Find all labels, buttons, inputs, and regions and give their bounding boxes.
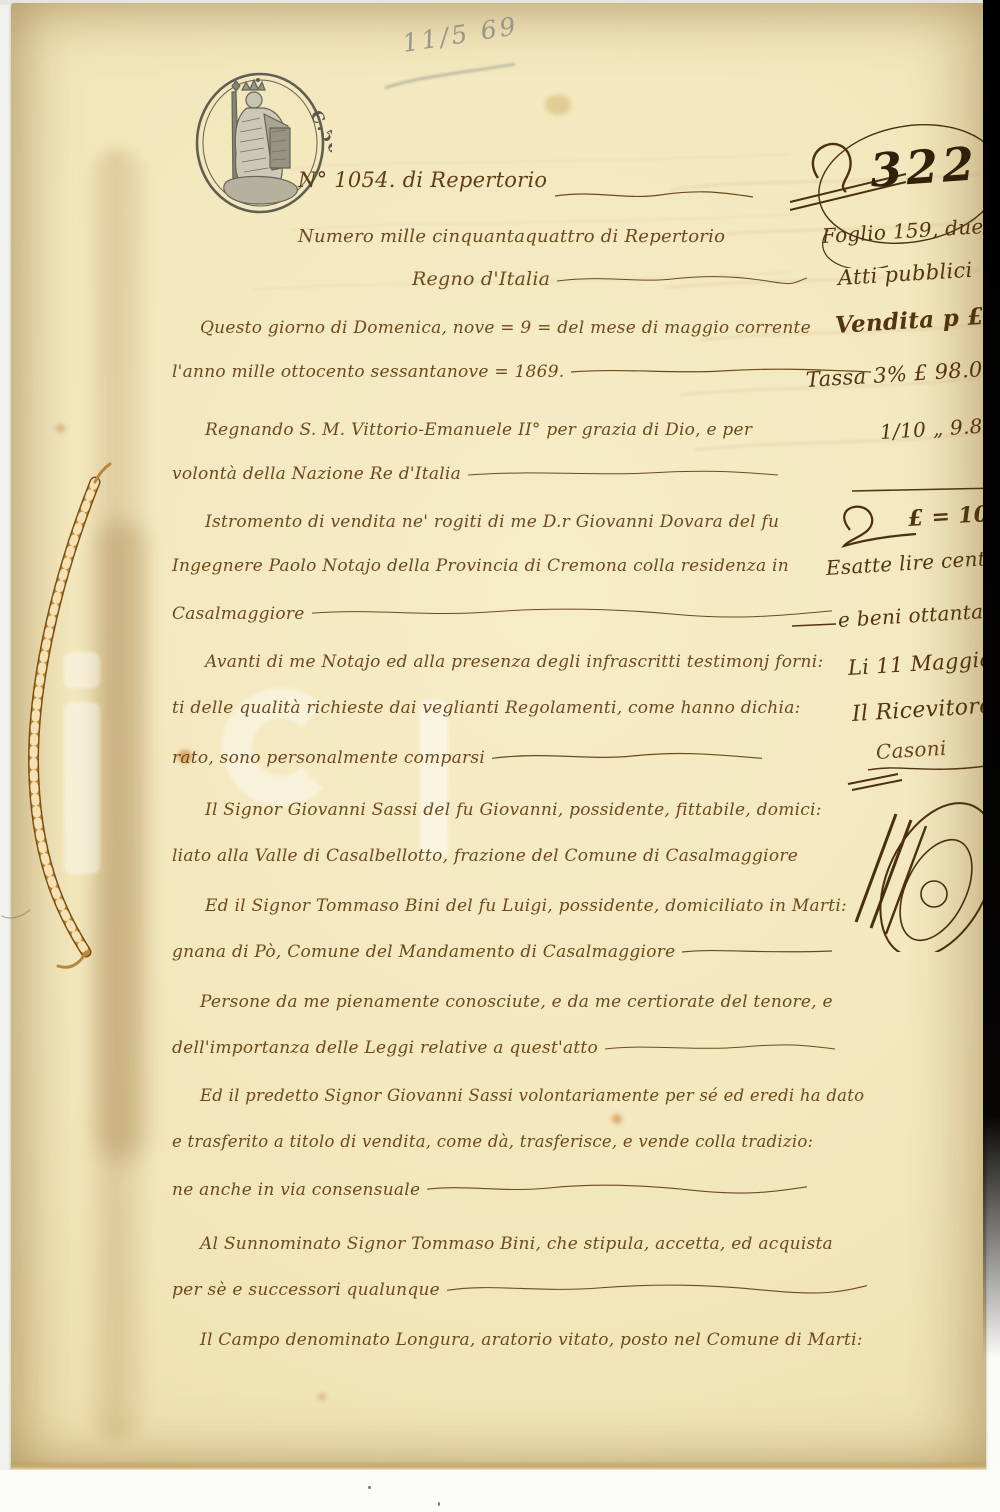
manuscript-line: Persone da me pienamente conosciute, e d…	[200, 992, 833, 1012]
manuscript-line: ti delle qualità richieste dai veglianti…	[172, 698, 801, 718]
watermark-letter-partial	[420, 700, 448, 860]
manuscript-line: dell'importanza delle Leggi relative a q…	[172, 1038, 835, 1058]
line-text: l'anno mille ottocento sessantanove = 18…	[172, 362, 564, 382]
scanner-background-bottom	[0, 1470, 1000, 1512]
ink-speck	[368, 1486, 371, 1489]
foxing-spot	[56, 424, 65, 433]
manuscript-line: Il Signor Giovanni Sassi del fu Giovanni…	[205, 800, 822, 820]
seated-figure	[224, 80, 298, 204]
scanned-document: C.50 11/5 69 N° 1054. di Repertorio 322 …	[0, 0, 1000, 1512]
manuscript-line: ne anche in via consensuale	[172, 1180, 807, 1200]
flourish-underline	[555, 188, 755, 204]
stamp-denomination: C.50	[306, 107, 332, 159]
manuscript-line: liato alla Valle di Casalbellotto, frazi…	[172, 846, 798, 866]
ink-speck	[438, 1502, 440, 1506]
manuscript-line: per sè e successori qualunque	[172, 1280, 867, 1300]
flourish-underline	[468, 467, 778, 479]
manuscript-line: e trasferito a titolo di vendita, come d…	[172, 1132, 813, 1151]
margin-signature: Casoni	[875, 736, 947, 764]
revenue-stamp: C.50	[192, 70, 332, 220]
line-text: dell'importanza delle Leggi relative a q…	[172, 1038, 598, 1058]
flourish-underline	[447, 1281, 867, 1295]
line-text: ne anche in via consensuale	[172, 1180, 420, 1200]
foxing-spot	[545, 95, 571, 115]
manuscript-line: Al Sunnominato Signor Tommaso Bini, che …	[200, 1234, 833, 1254]
manuscript-line: Istromento di vendita ne' rogiti di me D…	[205, 512, 779, 532]
manuscript-line: Il Campo denominato Longura, aratorio vi…	[200, 1330, 863, 1350]
line-text: Casalmaggiore	[172, 604, 305, 624]
flourish-underline	[312, 605, 832, 619]
line-text: volontà della Nazione Re d'Italia	[172, 464, 461, 484]
manuscript-line: Ed il Signor Tommaso Bini del fu Luigi, …	[205, 896, 847, 916]
manuscript-line: Ed il predetto Signor Giovanni Sassi vol…	[200, 1086, 864, 1105]
foxing-spot	[318, 1393, 326, 1401]
foxing-spot	[612, 1114, 622, 1124]
binding-cord	[0, 450, 120, 990]
repertorio-number: N° 1054. di Repertorio	[298, 168, 547, 192]
manuscript-line: rato, sono personalmente comparsi	[172, 748, 762, 768]
manuscript-line: Regnando S. M. Vittorio-Emanuele II° per…	[205, 420, 752, 440]
act-number: 322	[868, 136, 980, 197]
manuscript-line: volontà della Nazione Re d'Italia	[172, 464, 778, 484]
scan-edge-shadow	[983, 0, 1000, 1360]
margin-rule	[852, 486, 1000, 496]
flourish-underline	[427, 1181, 807, 1195]
line-text: gnana di Pò, Comune del Mandamento di Ca…	[172, 942, 675, 962]
manuscript-line: Casalmaggiore	[172, 604, 832, 624]
manuscript-line: l'anno mille ottocento sessantanove = 18…	[172, 362, 871, 382]
line-text: rato, sono personalmente comparsi	[172, 748, 485, 768]
manuscript-line: Regno d'Italia	[412, 268, 807, 290]
pencil-underline	[380, 58, 520, 98]
manuscript-line: Ingegnere Paolo Notajo della Provincia d…	[172, 556, 789, 576]
manuscript-line: Numero mille cinquantaquattro di Reperto…	[298, 226, 725, 247]
flourish-underline	[492, 749, 762, 763]
line-text: per sè e successori qualunque	[172, 1280, 440, 1300]
flourish-underline	[557, 273, 807, 285]
monogram-flourish	[838, 772, 1000, 952]
manuscript-line: gnana di Pò, Comune del Mandamento di Ca…	[172, 942, 832, 962]
manuscript-line: Questo giorno di Domenica, nove = 9 = de…	[200, 318, 811, 338]
manuscript-line: Avanti di me Notajo ed alla presenza deg…	[205, 652, 823, 672]
flourish-underline	[571, 365, 871, 377]
flourish-underline	[605, 1041, 835, 1053]
flourish-underline	[682, 945, 832, 957]
line-text: Regno d'Italia	[412, 268, 550, 290]
